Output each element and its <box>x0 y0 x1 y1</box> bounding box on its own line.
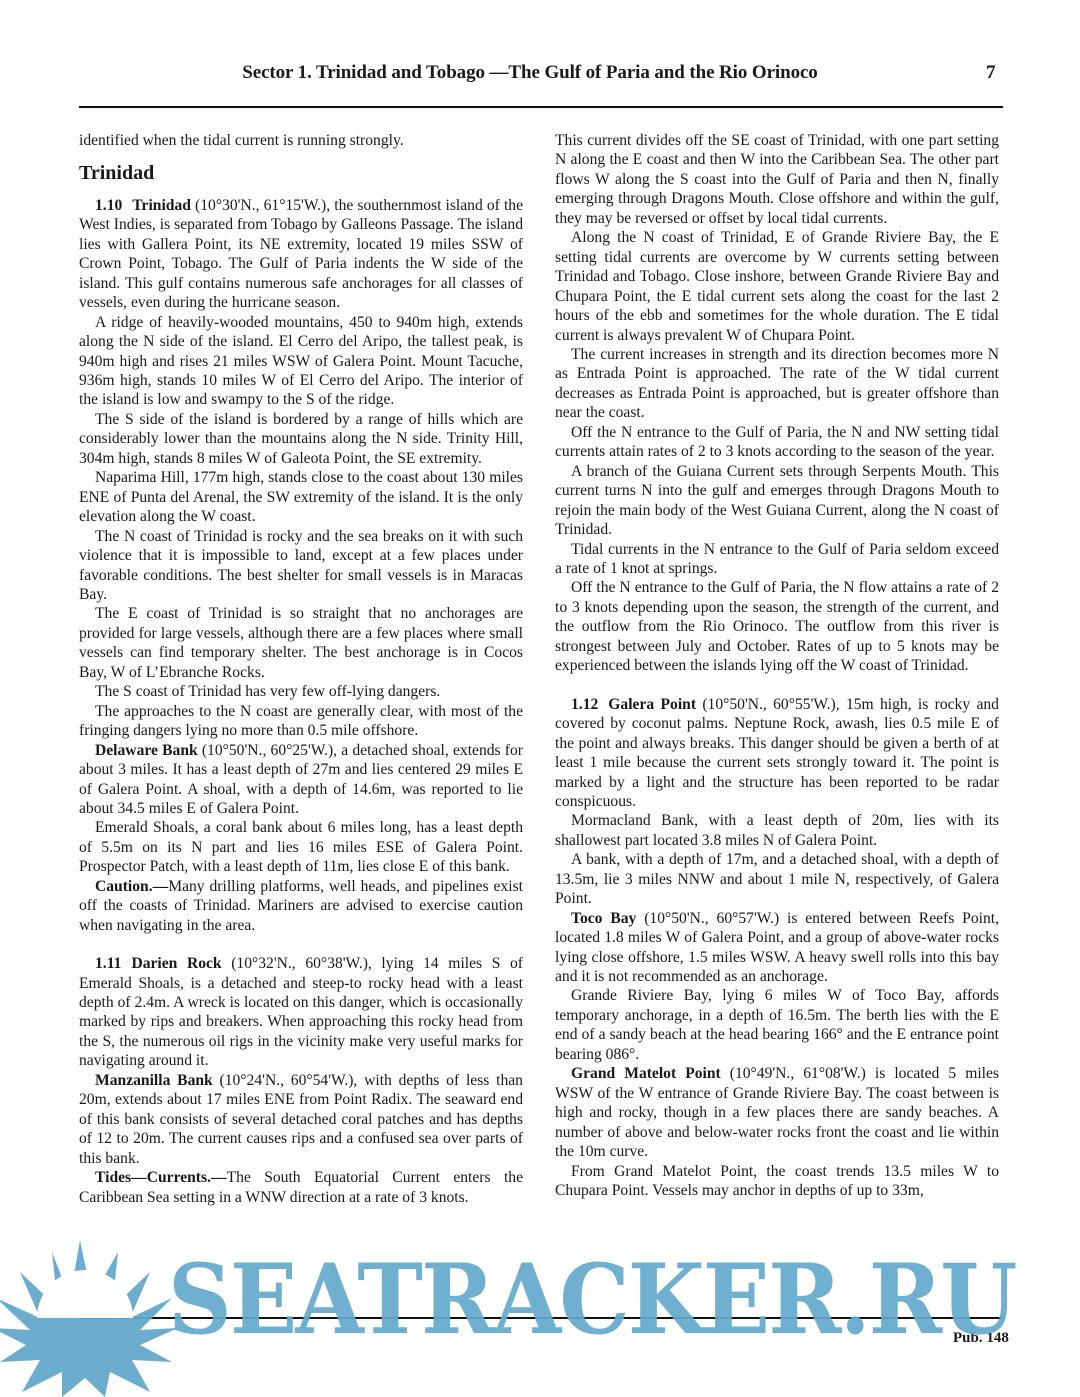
entry-title: Caution.— <box>95 878 168 895</box>
paragraph: Naparima Hill, 177m high, stands close t… <box>79 468 523 526</box>
entry-title: Grand Matelot Point <box>571 1065 721 1082</box>
entry-title: Tides—Currents.— <box>95 1169 227 1186</box>
entry-title: Delaware Bank <box>95 742 198 759</box>
paragraph: Emerald Shoals, a coral bank about 6 mil… <box>79 818 523 876</box>
page-header-title: Sector 1. Trinidad and Tobago —The Gulf … <box>0 62 1060 84</box>
paragraph: Tidal currents in the N entrance to the … <box>555 540 999 579</box>
paragraph-1-12: 1.12Galera Point (10°50'N., 60°55'W.), 1… <box>555 695 999 812</box>
entry-title: Galera Point <box>608 696 696 713</box>
paragraph-tides-currents: Tides—Currents.—The South Equatorial Cur… <box>79 1168 523 1207</box>
paragraph: Off the N entrance to the Gulf of Paria,… <box>555 423 999 462</box>
page-number: 7 <box>986 62 996 84</box>
section-number: 1.12 <box>571 696 598 713</box>
paragraph-manzanilla-bank: Manzanilla Bank (10°24'N., 60°54'W.), wi… <box>79 1071 523 1168</box>
watermark-text: SEATRACKER.RU <box>168 1252 1015 1348</box>
section-number: 1.10 <box>95 197 122 214</box>
paragraph: The S coast of Trinidad has very few off… <box>79 682 523 701</box>
paragraph: The N coast of Trinidad is rocky and the… <box>79 527 523 605</box>
paragraph: The S side of the island is bordered by … <box>79 410 523 468</box>
paragraph-1-10: 1.10Trinidad (10°30'N., 61°15'W.), the s… <box>79 196 523 313</box>
paragraph: This current divides off the SE coast of… <box>555 131 999 228</box>
paragraph: A branch of the Guiana Current sets thro… <box>555 462 999 540</box>
left-column: identified when the tidal current is run… <box>79 131 523 1207</box>
entry-title: Darien Rock <box>131 955 221 972</box>
right-column: This current divides off the SE coast of… <box>555 131 999 1200</box>
paragraph: A ridge of heavily-wooded mountains, 450… <box>79 313 523 410</box>
entry-title: Toco Bay <box>571 910 636 927</box>
entry-title: Trinidad <box>132 197 191 214</box>
paragraph-1-11: 1.11Darien Rock (10°32'N., 60°38'W.), ly… <box>79 954 523 1071</box>
paragraph: From Grand Matelot Point, the coast tren… <box>555 1162 999 1201</box>
paragraph: A bank, with a depth of 17m, and a detac… <box>555 850 999 908</box>
paragraph-caution: Caution.—Many drilling platforms, well h… <box>79 877 523 935</box>
entry-title: Manzanilla Bank <box>95 1072 213 1089</box>
section-heading: Trinidad <box>79 164 523 183</box>
paragraph-delaware-bank: Delaware Bank (10°50'N., 60°25'W.), a de… <box>79 741 523 819</box>
paragraph-toco-bay: Toco Bay (10°50'N., 60°57'W.) is entered… <box>555 909 999 987</box>
paragraph: Grande Riviere Bay, lying 6 miles W of T… <box>555 986 999 1064</box>
paragraph: identified when the tidal current is run… <box>79 131 523 150</box>
paragraph: The approaches to the N coast are genera… <box>79 702 523 741</box>
paragraph: Off the N entrance to the Gulf of Paria,… <box>555 578 999 675</box>
paragraph: The current increases in strength and it… <box>555 345 999 423</box>
section-number: 1.11 <box>95 955 121 972</box>
paragraph-grand-matelot-point: Grand Matelot Point (10°49'N., 61°08'W.)… <box>555 1064 999 1161</box>
paragraph-text: (10°30'N., 61°15'W.), the southernmost i… <box>79 197 523 311</box>
paragraph: Along the N coast of Trinidad, E of Gran… <box>555 228 999 345</box>
paragraph-text: (10°32'N., 60°38'W.), lying 14 miles S o… <box>79 955 523 1069</box>
paragraph: The E coast of Trinidad is so straight t… <box>79 604 523 682</box>
paragraph: Mormacland Bank, with a least depth of 2… <box>555 811 999 850</box>
header-rule <box>79 106 1003 108</box>
